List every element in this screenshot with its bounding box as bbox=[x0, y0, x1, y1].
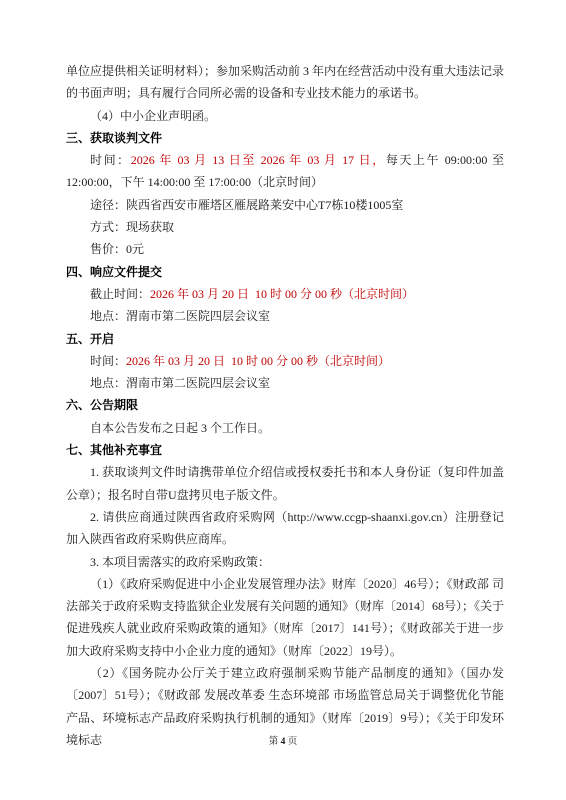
document-page: 单位应提供相关证明材料）；参加采购活动前 3 年内在经营活动中没有重大违法记录的… bbox=[0, 0, 566, 800]
text-run: （4）中小企业声明函。 bbox=[90, 109, 216, 123]
section-heading: 四、响应文件提交 bbox=[66, 261, 504, 283]
text-run: 2. 请供应商通过陕西省政府采购网（http://www.ccgp-shaanx… bbox=[66, 510, 504, 546]
text-run: 截止时间： bbox=[90, 287, 150, 301]
text-run: 售价：0元 bbox=[90, 242, 144, 256]
section-heading: 五、开启 bbox=[66, 328, 504, 350]
text-run: 四、响应文件提交 bbox=[66, 265, 162, 279]
paragraph: 截止时间：2026 年 03 月 20 日 10 时 00 分 00 秒（北京时… bbox=[66, 283, 504, 305]
highlighted-text: 2026 年 03 月 13 日至 2026 年 03 月 17 日， bbox=[131, 153, 386, 167]
text-run: 六、公告期限 bbox=[66, 398, 138, 412]
text-run: 时间： bbox=[90, 354, 126, 368]
paragraph: 售价：0元 bbox=[66, 238, 504, 260]
text-run: 五、开启 bbox=[66, 332, 114, 346]
text-run: 单位应提供相关证明材料）；参加采购活动前 3 年内在经营活动中没有重大违法记录的… bbox=[66, 64, 504, 100]
text-run: 七、其他补充事宜 bbox=[66, 443, 162, 457]
paragraph: 时间：2026 年 03 月 20 日 10 时 00 分 00 秒（北京时间） bbox=[66, 350, 504, 372]
text-run: 时间： bbox=[90, 153, 131, 167]
paragraph: 途径：陕西省西安市雁塔区雁展路莱安中心T7栋10楼1005室 bbox=[66, 194, 504, 216]
text-run: 地点：渭南市第二医院四层会议室 bbox=[90, 309, 270, 323]
paragraph: 地点：渭南市第二医院四层会议室 bbox=[66, 305, 504, 327]
paragraph: 自本公告发布之日起 3 个工作日。 bbox=[66, 417, 504, 439]
text-run: 途径：陕西省西安市雁塔区雁展路莱安中心T7栋10楼1005室 bbox=[90, 198, 403, 212]
paragraph: 时间：2026 年 03 月 13 日至 2026 年 03 月 17 日，每天… bbox=[66, 149, 504, 194]
text-run: 3. 本项目需落实的政府采购政策： bbox=[90, 555, 270, 569]
footer-page-prefix: 第 bbox=[269, 737, 281, 747]
paragraph: 1. 获取谈判文件时请携带单位介绍信或授权委托书和本人身份证（复印件加盖公章）；… bbox=[66, 461, 504, 506]
paragraph: （1）《政府采购促进中小企业发展管理办法》财库〔2020〕46号）；《财政部 司… bbox=[66, 573, 504, 662]
footer-page-suffix: 页 bbox=[285, 737, 297, 747]
paragraph: 单位应提供相关证明材料）；参加采购活动前 3 年内在经营活动中没有重大违法记录的… bbox=[66, 60, 504, 105]
paragraph: 3. 本项目需落实的政府采购政策： bbox=[66, 551, 504, 573]
highlighted-text: 2026 年 03 月 20 日 10 时 00 分 00 秒（北京时间） bbox=[150, 287, 414, 301]
text-run: 1. 获取谈判文件时请携带单位介绍信或授权委托书和本人身份证（复印件加盖公章）；… bbox=[66, 465, 504, 501]
section-heading: 三、获取谈判文件 bbox=[66, 127, 504, 149]
paragraph: 2. 请供应商通过陕西省政府采购网（http://www.ccgp-shaanx… bbox=[66, 506, 504, 551]
text-run: 三、获取谈判文件 bbox=[66, 131, 162, 145]
text-run: 方式：现场获取 bbox=[90, 220, 174, 234]
paragraph: （4）中小企业声明函。 bbox=[66, 105, 504, 127]
text-run: 地点：渭南市第二医院四层会议室 bbox=[90, 376, 270, 390]
text-run: （1）《政府采购促进中小企业发展管理办法》财库〔2020〕46号）；《财政部 司… bbox=[66, 577, 504, 658]
section-heading: 六、公告期限 bbox=[66, 394, 504, 416]
highlighted-text: 2026 年 03 月 20 日 10 时 00 分 00 秒（北京时间） bbox=[126, 354, 390, 368]
paragraph: 方式：现场获取 bbox=[66, 216, 504, 238]
document-body: 单位应提供相关证明材料）；参加采购活动前 3 年内在经营活动中没有重大违法记录的… bbox=[66, 60, 504, 751]
paragraph: 地点：渭南市第二医院四层会议室 bbox=[66, 372, 504, 394]
section-heading: 七、其他补充事宜 bbox=[66, 439, 504, 461]
text-run: 自本公告发布之日起 3 个工作日。 bbox=[90, 421, 270, 435]
page-footer: 第 4 页 bbox=[0, 733, 566, 747]
